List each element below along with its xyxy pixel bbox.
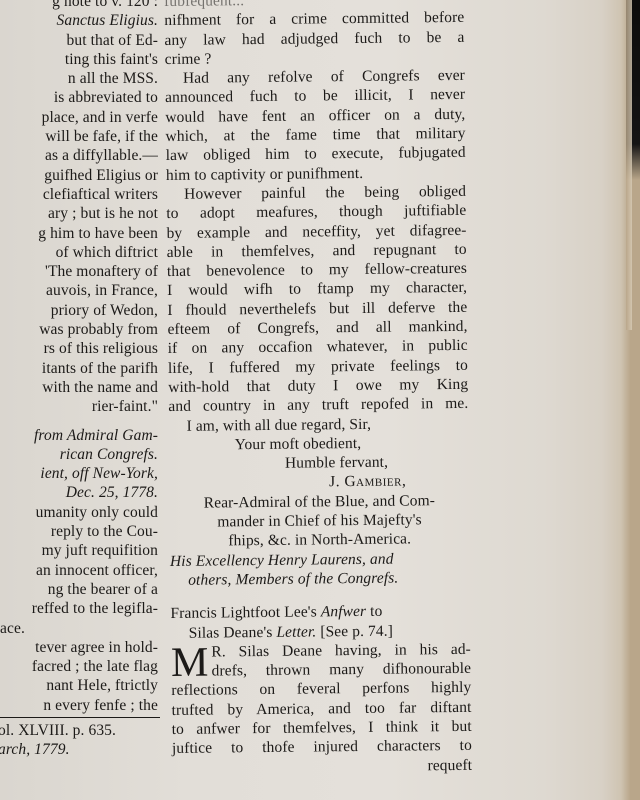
letter-closing: I am, with all due regard, Sir, Your mof… (168, 413, 469, 493)
mid-line: and country in any truft repofed in me. (168, 394, 468, 416)
left-line: itants of the parifh (0, 359, 158, 378)
left-heading-line: ient, off New-York, (0, 464, 158, 483)
left-body-line: reply to the Cou- (0, 522, 158, 541)
mid-line: any law had adjudged fuch to be a (164, 27, 464, 49)
mid-line: if on any occafion whatever, in public (168, 336, 468, 358)
signatory-title: Rear-Admiral of the Blue, and Com- (169, 491, 469, 513)
left-line: auvois, in France, (0, 281, 158, 300)
newspaper-page: g note to v. 120 : Sanctus Eligius. but … (0, 0, 640, 800)
left-body-line: n every fenfe ; the (0, 696, 158, 715)
left-body-line: my juft requifition (0, 541, 158, 560)
left-line: n all the MSS. (0, 69, 158, 88)
left-heading-line: rican Congrefs. (0, 445, 158, 464)
left-body-line: umanity only could (0, 503, 158, 522)
left-line: of which diftrict (0, 243, 158, 262)
article-line: juftice to thofe injured characters to (172, 736, 472, 758)
left-line: guifhed Eligius or (0, 166, 158, 185)
left-line: rs of this religious (0, 339, 158, 358)
catchword: requeft (172, 755, 472, 777)
left-heading-line: from Admiral Gam- (0, 426, 158, 445)
footnote-rule (0, 717, 160, 718)
left-line: Sanctus Eligius. (0, 11, 158, 30)
left-line: g note to v. 120 : (0, 0, 158, 11)
article-title-italic: Letter. (276, 623, 316, 640)
article-title-text: to (366, 603, 382, 620)
left-line: with the name and (0, 378, 158, 397)
mid-line: to adopt meafures, though juftifiable (166, 201, 466, 223)
left-line: priory of Wedon, (0, 301, 158, 320)
left-line: rier-faint." (0, 397, 158, 416)
left-line: as a diffyllable.— (0, 146, 158, 165)
article-title-text: Francis Lightfoot Lee's (170, 604, 320, 623)
mid-line: nifhment for a crime committed before (164, 8, 464, 30)
footnote-line: ol. XLVIII. p. 635. (0, 721, 158, 740)
page-edge-fold (626, 0, 632, 330)
left-line: clefiaftical writers (0, 185, 158, 204)
left-line: will be fafe, if the (0, 127, 158, 146)
mid-line: law obliged him to execute, fubjugated (166, 143, 466, 165)
left-body-line: reffed to the legifla- (0, 599, 158, 618)
article-title-italic: Anfwer (321, 603, 367, 620)
left-body-line: ng the bearer of a (0, 580, 158, 599)
middle-column: fubfequent... nifhment for a crime commi… (164, 0, 472, 778)
left-line: g him to have been (0, 224, 158, 243)
left-line: is abbreviated to (0, 88, 158, 107)
article-body: M R. Silas Deane having, in his ad- dref… (171, 640, 472, 778)
footnote-line: arch, 1779. (0, 740, 158, 759)
article-title-text: Silas Deane's (189, 623, 277, 641)
left-line: ary ; but is he not (0, 204, 158, 223)
left-body-line: tever agree in hold- (0, 638, 158, 657)
left-body-line: ace. (0, 619, 158, 638)
page-reference: [See p. 74.] (316, 622, 393, 640)
left-heading-line: Dec. 25, 1778. (0, 483, 158, 502)
left-line: but that of Ed- (0, 31, 158, 50)
left-body-line: nant Hele, ftrictly (0, 676, 158, 695)
left-column: g note to v. 120 : Sanctus Eligius. but … (0, 0, 158, 760)
left-body-line: facred ; the late flag (0, 657, 158, 676)
left-line: place, and in verfe (0, 108, 158, 127)
left-line: was probably from (0, 320, 158, 339)
left-body-line: an innocent officer, (0, 561, 158, 580)
left-line: 'The monaftery of (0, 262, 158, 281)
left-line: ting this faint's (0, 50, 158, 69)
drop-cap: M (171, 645, 209, 679)
